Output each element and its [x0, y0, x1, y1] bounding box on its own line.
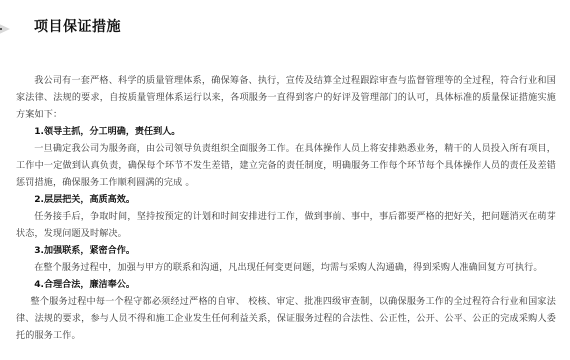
- document-body: 我公司有一套严格、科学的质量管理体系，确保筹备、执行，宣传及结算全过程跟踪审查与…: [16, 73, 556, 345]
- intro-paragraph: 我公司有一套严格、科学的质量管理体系，确保筹备、执行，宣传及结算全过程跟踪审查与…: [16, 73, 556, 124]
- section-body-1: 一旦确定我公司为服务商，由公司领导负责组织全面服务工作。在具体操作人员上将安排熟…: [16, 141, 556, 192]
- page-header: 项目保证措施: [0, 14, 570, 44]
- section-heading-2: 2.层层把关，高质高效。: [16, 192, 556, 209]
- section-body-2: 任务接手后，争取时间，坚持按预定的计划和时间安排进行工作，做到事前、事中，事后都…: [16, 209, 556, 243]
- section-heading-4: 4.合理合法，廉洁奉公。: [16, 277, 556, 294]
- page-title: 项目保证措施: [34, 16, 121, 36]
- section-heading-3: 3.加强联系，紧密合作。: [16, 243, 556, 260]
- marker-dot-icon: [0, 28, 2, 30]
- section-body-4: 整个服务过程中每一个程守都必须经过严格的自审、 校核、审定、批准四级审查制，以确…: [16, 294, 556, 345]
- section-body-3: 在整个服务过程中，加强与甲方的联系和沟通，凡出现任何变更问题，均需与采购人沟通确…: [16, 260, 556, 277]
- section-heading-1: 1.领导主抓，分工明确，责任到人。: [16, 124, 556, 141]
